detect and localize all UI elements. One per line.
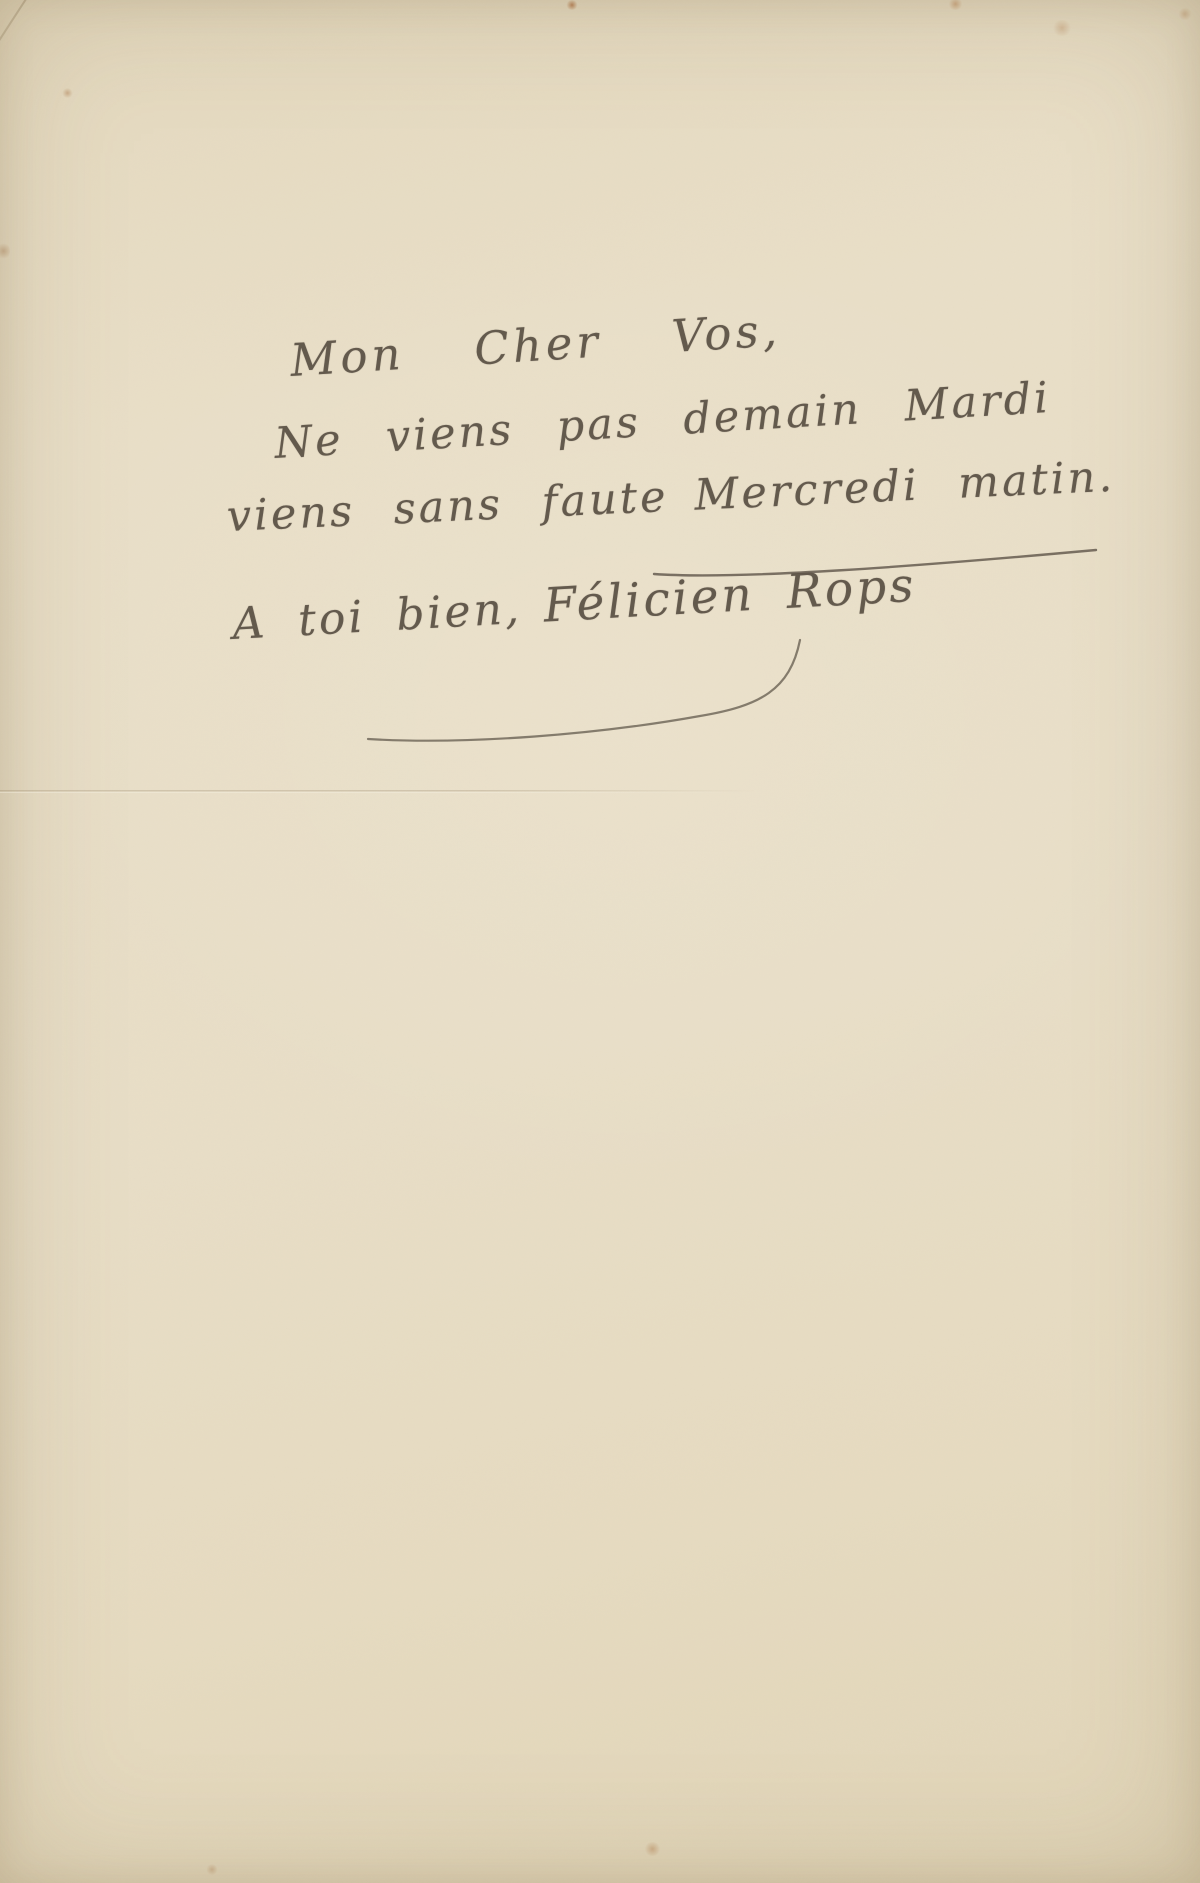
body-line-2-text: viens sans faute xyxy=(226,472,670,542)
grain-rect xyxy=(0,0,1200,1883)
horizontal-fold-crease xyxy=(0,790,780,793)
foxing-spot xyxy=(644,1842,661,1856)
foxing-spot xyxy=(1052,20,1072,36)
foxing-spot xyxy=(62,88,73,98)
foxing-spot xyxy=(206,1864,218,1875)
paper-grain-texture xyxy=(0,0,1200,1883)
salutation-text: Mon Cher Vos, xyxy=(289,303,783,387)
foxing-spot xyxy=(948,0,963,10)
letter-page: Mon Cher Vos, Ne viens pas demain Mardi … xyxy=(0,0,1200,1883)
body-line-2: viens sans fauteMercredi matin. xyxy=(226,452,1116,542)
foxing-spot xyxy=(1178,8,1192,20)
salutation-line: Mon Cher Vos, xyxy=(289,303,783,387)
closing-line: A toi bien,Félicien Rops xyxy=(231,558,918,651)
ink-strokes-overlay xyxy=(0,0,1200,1883)
closing-text: A toi bien, xyxy=(231,583,523,650)
underlined-phrase: Mercredi matin. xyxy=(693,452,1116,521)
body-line-1: Ne viens pas demain Mardi xyxy=(273,373,1052,469)
corner-crease xyxy=(0,0,34,209)
signature-flourish xyxy=(368,640,800,741)
signature-text: Félicien Rops xyxy=(542,558,918,634)
foxing-spot xyxy=(566,0,578,10)
foxing-spot xyxy=(0,242,10,260)
body-line-1-text: Ne viens pas demain Mardi xyxy=(273,373,1052,469)
